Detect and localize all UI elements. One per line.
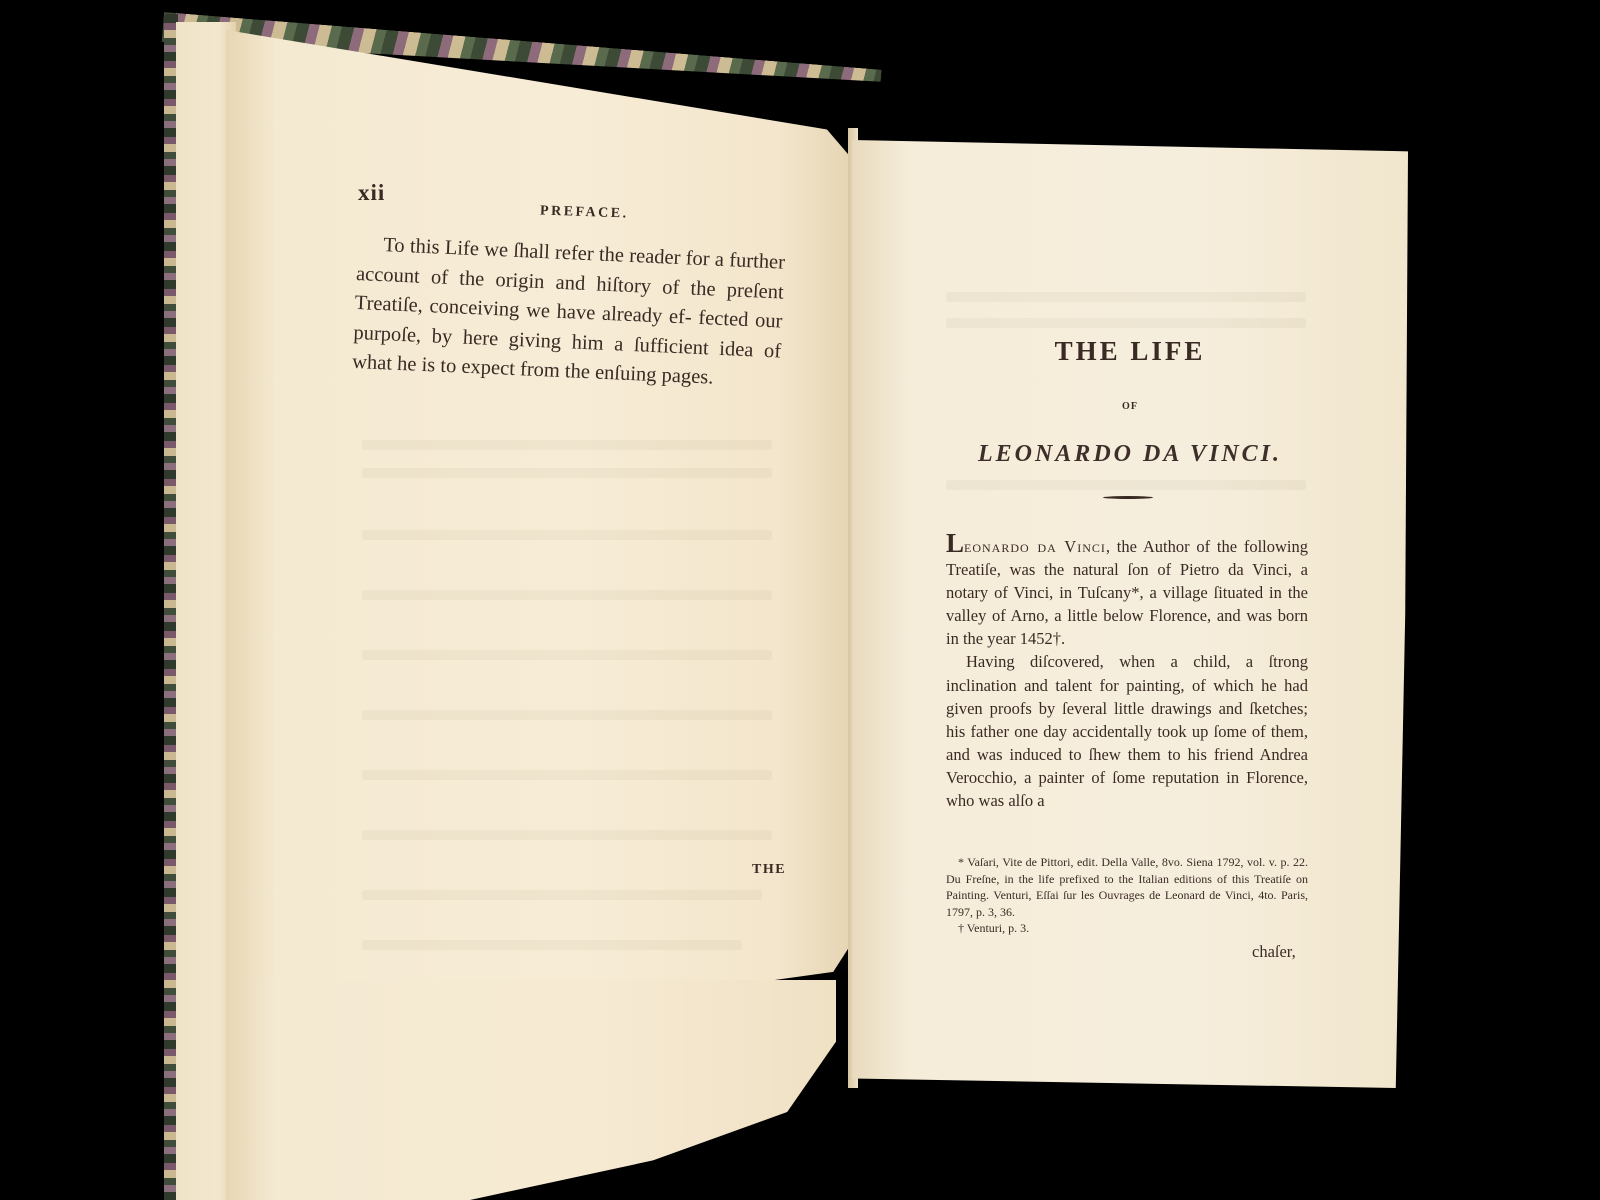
bleed-through-line (362, 830, 772, 840)
bleed-through-line (362, 890, 762, 900)
bleed-through-line (362, 440, 772, 450)
small-caps-name: eonardo da Vinci (964, 537, 1106, 556)
chapter-title-of: OF (852, 401, 1408, 412)
body-paragraph-2: Having diſcovered, when a child, a ſtron… (946, 650, 1308, 812)
bleed-through-line (362, 650, 772, 660)
bleed-through-line (362, 530, 772, 540)
footnote-1: * Vaſari, Vite de Pittori, edit. Della V… (946, 854, 1308, 920)
bleed-through-line (362, 940, 742, 950)
bleed-through-line (362, 710, 772, 720)
catchword-right: chaſer, (1252, 942, 1296, 962)
preface-paragraph: To this Life we ſhall refer the reader f… (352, 230, 786, 396)
ornamental-rule (1103, 496, 1153, 499)
chapter-title: THE LIFE (852, 336, 1408, 367)
page-number: xii (358, 180, 385, 206)
drop-cap: L (946, 528, 964, 558)
running-head: PREFACE. (540, 203, 629, 222)
bleed-through-line (362, 770, 772, 780)
body-paragraph-1: Leonardo da Vinci, the Author of the fol… (946, 532, 1308, 650)
catchword-left: THE (752, 862, 786, 878)
footnote-2: † Venturi, p. 3. (946, 920, 1308, 937)
bleed-through-line (946, 292, 1306, 302)
bleed-through-line (946, 480, 1306, 490)
bleed-through-line (946, 318, 1306, 328)
footnotes: * Vaſari, Vite de Pittori, edit. Della V… (946, 854, 1308, 937)
preface-text: To this Life we ſhall refer the reader f… (352, 230, 786, 396)
life-body-text: Leonardo da Vinci, the Author of the fol… (946, 532, 1308, 812)
bleed-through-line (362, 590, 772, 600)
chapter-title-name: LEONARDO DA VINCI. (852, 441, 1408, 468)
bleed-through-line (362, 468, 772, 478)
left-page-lower-curl (226, 980, 836, 1200)
